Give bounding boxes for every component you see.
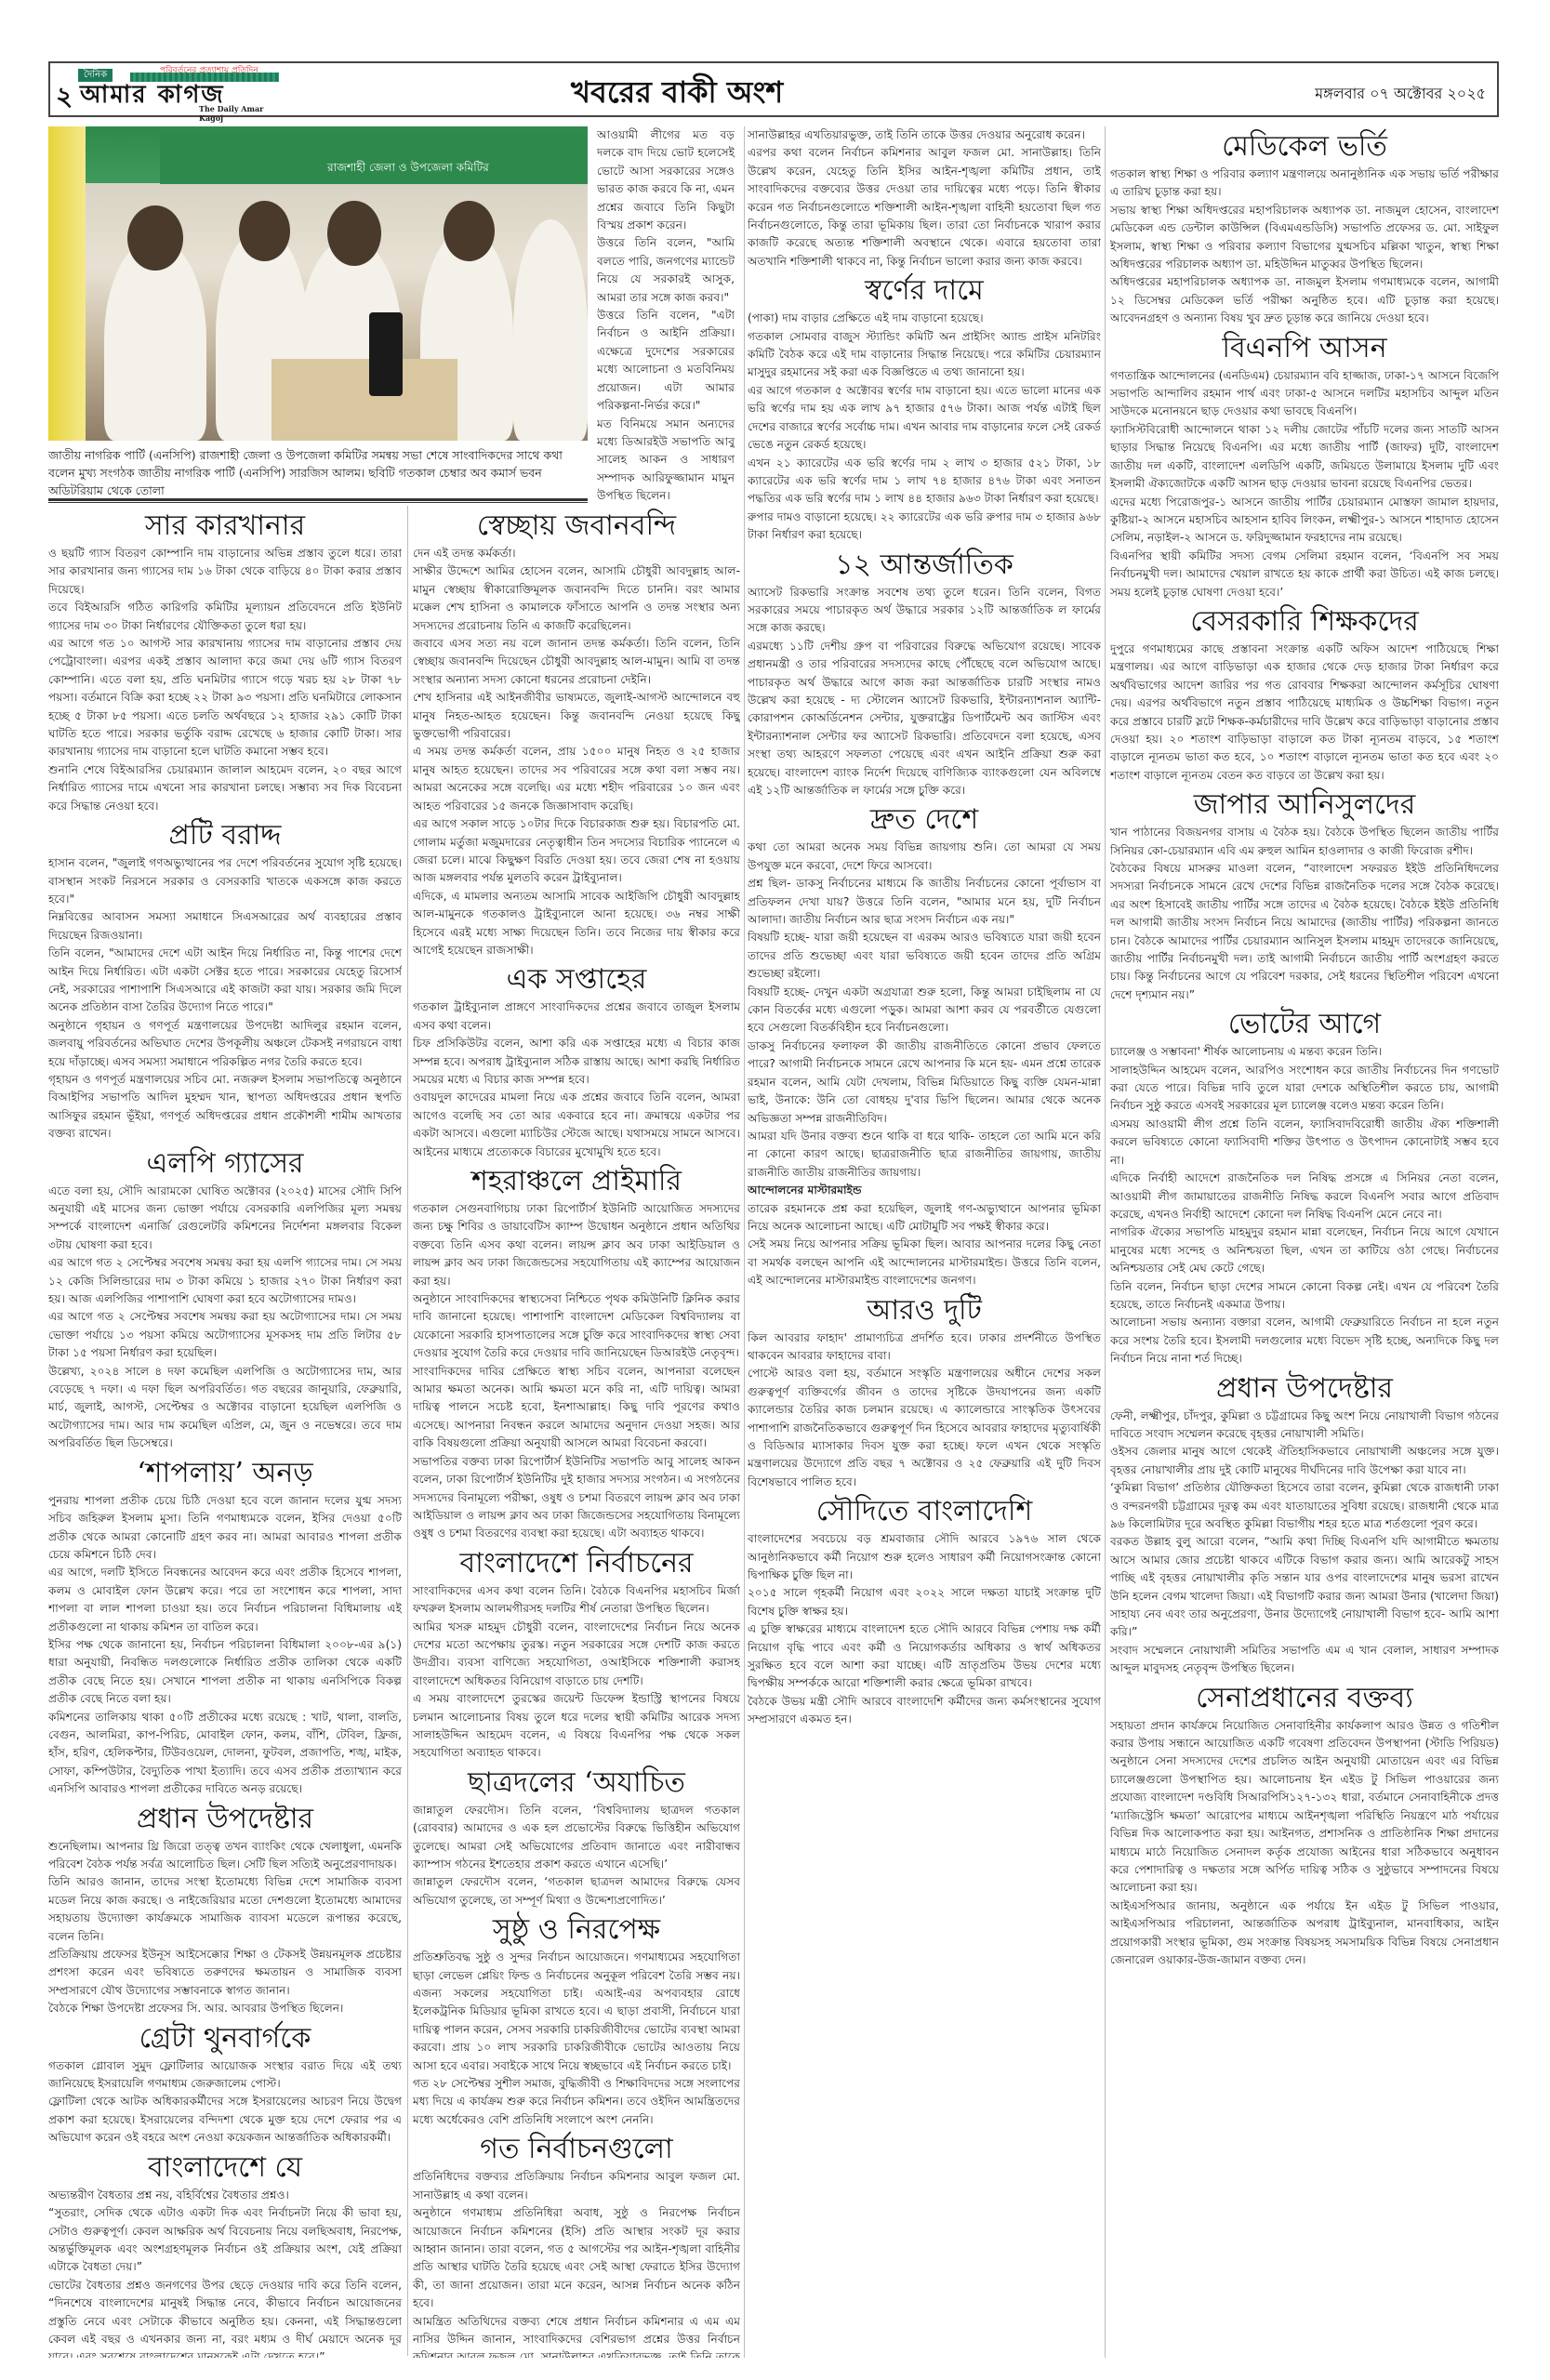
headline: বাংলাদেশে যে [48, 2151, 402, 2185]
logo-slogan: পরিবর্তনের প্রত্যাশায় প্রতিদিন [160, 63, 258, 77]
photo-person-head [239, 201, 290, 261]
column-center-left: স্বেচ্ছায় জবানবন্দি দেন এই তদন্ত কর্মকর… [413, 506, 740, 2358]
article-prodhan-upodeshta: প্রধান উপদেষ্টার শুনেছিলাম। আপনার থ্রি জ… [48, 1803, 402, 2018]
headline: গ্রেটা থুনবার্গকে [48, 2022, 402, 2056]
page-number: ২ [56, 76, 73, 120]
logo-english-name: The Daily Amar Kagoj [199, 104, 283, 123]
headline: বিএনপি আসন [1110, 332, 1499, 365]
photo-podium [272, 359, 457, 441]
headline: শহরাঞ্চলে প্রাইমারি [413, 1165, 740, 1198]
column-right: মেডিকেল ভর্তি গতকাল স্বাস্থ্য শিক্ষা ও প… [1110, 126, 1499, 2358]
column-center-right: সানাউল্লাহর এখতিয়ারভুক্ত, তাই তিনি তাকে… [748, 126, 1101, 2358]
photo-person-head [327, 201, 381, 266]
newspaper-logo: দৈনিক পরিবর্তনের প্রত্যাশায় প্রতিদিন আম… [78, 69, 283, 113]
headline: ১২ আন্তর্জাতিক [748, 549, 1101, 582]
headline: বাংলাদেশে নির্বাচনের [413, 1547, 740, 1580]
article-ek-saptaher: এক সপ্তাহের গতকাল ট্রাইব্যুনাল প্রাঙ্গণে… [413, 963, 740, 1161]
headline: স্বর্ণের দামে [748, 274, 1101, 308]
headline: প্রটি বরাদ্দ [48, 819, 402, 853]
logo-daily-label: দৈনিক [78, 69, 113, 82]
article-saudite-bangladeshi: সৌদিতে বাংলাদেশি বাংলাদেশের সবচেয়ে বড় … [748, 1495, 1101, 1728]
article-bangladeshe-je: বাংলাদেশে যে অভ্যন্তরীণ বৈধতার প্রশ্ন নয… [48, 2151, 402, 2358]
column-left: সার কারখানার ও ছয়টি গ্যাস বিতরণ কোম্পান… [48, 506, 402, 2358]
headline: স্বেচ্ছায় জবানবন্দি [413, 509, 740, 543]
article-shaplay-onor: ‘শাপলায়’ অনড় পুনরায় শাপলা প্রতীক চেয়… [48, 1457, 402, 1799]
article-besorkari-shikkhokder: বেসরকারি শিক্ষকদের দুপুরে গণমাধ্যমের কাছ… [1110, 605, 1499, 785]
column-divider [407, 506, 408, 2356]
article-photo-side: আওয়ামী লীগের মত বড় দলকে বাদ দিয়ে ভোট … [597, 126, 735, 517]
article-baro-antorjatik: ১২ আন্তর্জাতিক অ্যাসেট রিকভারি সংক্রান্ত… [748, 549, 1101, 800]
headline: ভোটের আগে [1110, 1008, 1499, 1041]
column-divider [1105, 126, 1106, 2358]
section-title: খবরের বাকী অংশ [571, 69, 783, 119]
publication-date: মঙ্গলবার ০৭ অক্টোবর ২০২৫ [1315, 82, 1486, 107]
headline: গত নির্বাচনগুলো [413, 2133, 740, 2166]
headline: প্রধান উপদেষ্টার [1110, 1372, 1499, 1406]
newspaper-page: ২ দৈনিক পরিবর্তনের প্রত্যাশায় প্রতিদিন … [48, 61, 1499, 2358]
masthead: ২ দৈনিক পরিবর্তনের প্রত্যাশায় প্রতিদিন … [48, 61, 1499, 117]
headline: এলপি গ্যাসের [48, 1147, 402, 1181]
article-col-c-continuation: সানাউল্লাহর এখতিয়ারভুক্ত, তাই তিনি তাকে… [748, 126, 1101, 271]
article-sushtho-nirapekkho: সুষ্ঠু ও নিরপেক্ষ প্রতিশ্রুতিবদ্ধ সুষ্ঠু… [413, 1913, 740, 2129]
headline: ‘শাপলায়’ অনড় [48, 1457, 402, 1490]
article-bangladeshe-nirbachoner: বাংলাদেশে নির্বাচনের সাংবাদিকদের এসব কথা… [413, 1547, 740, 1763]
article-swechchhay-jobanbondi: স্বেচ্ছায় জবানবন্দি দেন এই তদন্ত কর্মকর… [413, 509, 740, 959]
article-swarner-dame: স্বর্ণের দামে (পাকা) দাম বাড়ার প্রেক্ষি… [748, 274, 1101, 544]
headline: মেডিকেল ভর্তি [1110, 130, 1499, 164]
lead-photo: রাজশাহী জেলা ও উপজেলা কমিটির [48, 126, 588, 441]
article-sar-karkhana: সার কারখানার ও ছয়টি গ্যাস বিতরণ কোম্পান… [48, 509, 402, 815]
article-chhatrodoler-oyachito: ছাত্রদলের ‘অযাচিত জান্নাতুল ফেরদৌস। তিনি… [413, 1766, 740, 1910]
article-aro-duti: আরও দুটি কিল আবরার ফাহাদ' প্রামাণ্যচিত্র… [748, 1294, 1101, 1492]
article-japar-anisulder: জাপার আনিসুলদের খান পাঠানের বিজয়নগর বাস… [1110, 788, 1499, 1004]
photo-microphone-icon [369, 312, 403, 396]
headline: এক সপ্তাহের [413, 963, 740, 997]
article-bnp-ason: বিএনপি আসন গণতান্ত্রিক আন্দোলনের (এনডিএম… [1110, 332, 1499, 602]
photo-banner-text: রাজশাহী জেলা ও উপজেলা কমিটির [327, 160, 489, 178]
headline: দ্রুত দেশে [748, 803, 1101, 837]
headline: সেনাপ্রধানের বক্তব্য [1110, 1682, 1499, 1715]
headline: ছাত্রদলের ‘অযাচিত [413, 1766, 740, 1800]
headline: সুষ্ঠু ও নিরপেক্ষ [413, 1913, 740, 1947]
headline: সার কারখানার [48, 509, 402, 543]
photo-person-head [444, 201, 495, 261]
article-prodhan-upodeshtar-2: প্রধান উপদেষ্টার ফেনী, লক্ষ্মীপুর, চাঁদপ… [1110, 1372, 1499, 1678]
article-druto-deshe: দ্রুত দেশে কথা তো আমরা অনেক সময় বিভিন্ন… [748, 803, 1101, 1289]
article-shohoranchole-primary: শহরাঞ্চলে প্রাইমারি গতকাল সেগুনবাগিচায় … [413, 1165, 740, 1543]
headline: সৌদিতে বাংলাদেশি [748, 1495, 1101, 1528]
headline: বেসরকারি শিক্ষকদের [1110, 605, 1499, 639]
photo-caption: জাতীয় নাগরিক পার্টি (এনসিপি) রাজশাহী জে… [48, 446, 588, 499]
headline: প্রধান উপদেষ্টার [48, 1803, 402, 1836]
photo-person [513, 219, 588, 441]
headline: আরও দুটি [748, 1294, 1101, 1328]
article-lp-gas: এলপি গ্যাসের এতে বলা হয়, সৌদি আরামকো ঘো… [48, 1147, 402, 1453]
article-voter-age: ভোটের আগে চ্যালেঞ্জ ও সম্ভাবনা' শীর্ষক আ… [1110, 1008, 1499, 1368]
headline: জাপার আনিসুলদের [1110, 788, 1499, 822]
photo-person-head [127, 205, 183, 271]
article-protidinee-boraddo: প্রটি বরাদ্দ হাসান বলেন, "জুলাই গণঅভ্যুত… [48, 819, 402, 1144]
section-divider [48, 498, 588, 503]
article-medical-vorti: মেডিকেল ভর্তি গতকাল স্বাস্থ্য শিক্ষা ও প… [1110, 130, 1499, 328]
article-senaprodhaner-boktobyo: সেনাপ্রধানের বক্তব্য সহায়তা প্রদান কার্… [1110, 1682, 1499, 1970]
column-divider [744, 126, 745, 2358]
photo-background-wall [48, 126, 86, 441]
article-greta: গ্রেটা থুনবার্গকে গতকাল গ্লোবাল সুমুদ ফ্… [48, 2022, 402, 2148]
article-got-nirbachongulo: গত নির্বাচনগুলো প্রতিনিধিদের বক্তব্যর প্… [413, 2133, 740, 2358]
